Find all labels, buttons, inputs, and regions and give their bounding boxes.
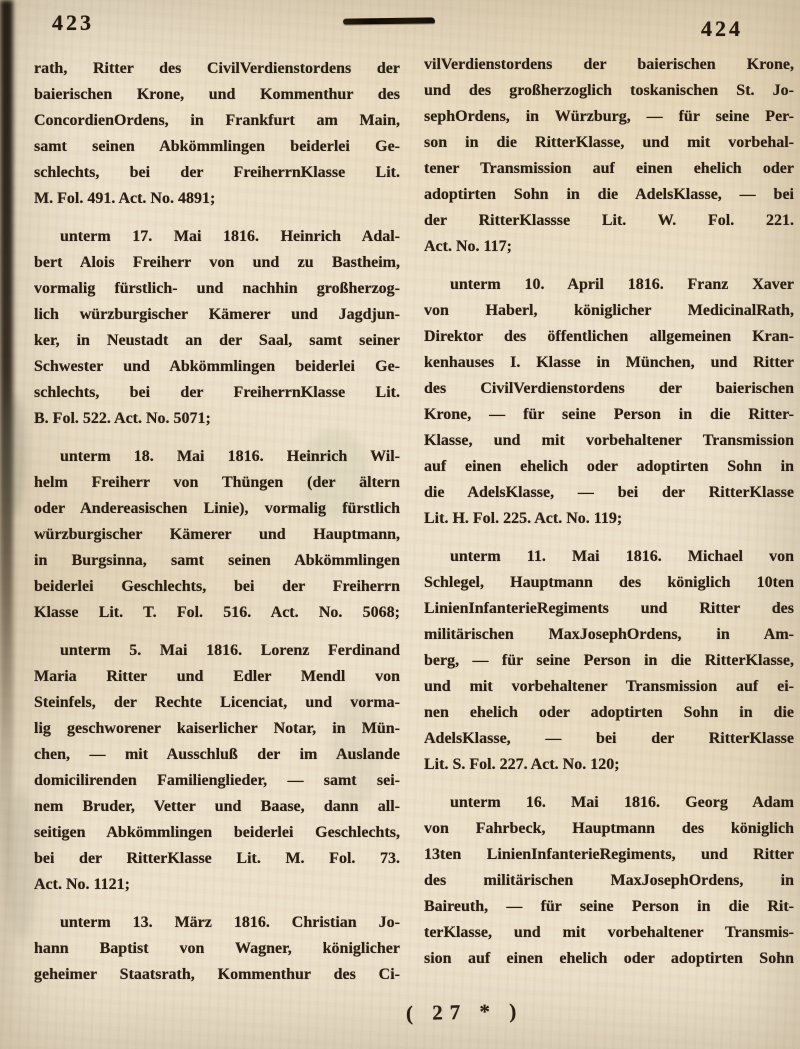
- text-line: schlechts, bei der FreiherrnKlasse Lit.: [34, 380, 400, 406]
- text-line: AdelsKlasse, — bei der RitterKlasse: [424, 726, 794, 752]
- text-line: vilVerdienstordens der baierischen Krone…: [424, 52, 794, 78]
- paragraph: vilVerdienstordens der baierischen Krone…: [424, 52, 794, 260]
- text-line: lig geschworener kaiserlicher Notar, in …: [34, 716, 400, 742]
- text-line: Steinfels, der Rechte Licenciat, und vor…: [34, 690, 400, 716]
- signature-mark: ( 27 * ): [406, 999, 524, 1026]
- text-line: Schlegel, Hauptmann des königlich 10ten: [424, 570, 794, 596]
- scanned-book-page: 423 424 rath, Ritter des CivilVerdiensto…: [0, 0, 800, 1049]
- text-line: chen, — mit Ausschluß der im Auslande: [34, 742, 400, 768]
- text-line: Lit. S. Fol. 227. Act. No. 120;: [424, 752, 794, 778]
- text-line: samt seinen Abkömmlingen beiderlei Ge-: [34, 134, 400, 160]
- text-line: von Haberl, königlicher MedicinalRath,: [424, 298, 794, 324]
- text-line: auf einen ehelich oder adoptirten Sohn i…: [424, 454, 794, 480]
- text-line: des CivilVerdienstordens der baierischen: [424, 376, 794, 402]
- paragraph: unterm 18. Mai 1816. Heinrich Wil-helm F…: [34, 444, 400, 626]
- text-line: seitigen Abkömmlingen beiderlei Geschlec…: [34, 820, 400, 846]
- text-line: der RitterKlassse Lit. W. Fol. 221.: [424, 208, 794, 234]
- text-line: domicilirenden Familienglieder, — samt s…: [34, 768, 400, 794]
- paragraph: unterm 10. April 1816. Franz Xavervon Ha…: [424, 272, 794, 532]
- text-line: und mit vorbehaltener Transmission auf e…: [424, 674, 794, 700]
- page-number-left: 423: [52, 10, 94, 36]
- text-line: Direktor des öffentlichen allgemeinen Kr…: [424, 324, 794, 350]
- text-line: Klasse, und mit vorbehaltener Transmissi…: [424, 428, 794, 454]
- text-line: Klasse Lit. T. Fol. 516. Act. No. 5068;: [34, 600, 400, 626]
- text-line: rath, Ritter des CivilVerdienstordens de…: [34, 56, 400, 82]
- text-line: von Fahrbeck, Hauptmann des königlich: [424, 816, 794, 842]
- text-line: ConcordienOrdens, in Frankfurt am Main,: [34, 108, 400, 134]
- text-line: lich würzburgischer Kämerer und Jagdjun-: [34, 302, 400, 328]
- text-line: M. Fol. 491. Act. No. 4891;: [34, 186, 400, 212]
- text-line: berg, — für seine Person in die RitterKl…: [424, 648, 794, 674]
- text-line: son in die RitterKlasse, und mit vorbeha…: [424, 130, 794, 156]
- text-line: helm Freiherr von Thüngen (der ältern: [34, 470, 400, 496]
- text-line: unterm 11. Mai 1816. Michael von: [424, 544, 794, 570]
- text-line: geheimer Staatsrath, Kommenthur des Ci-: [34, 962, 400, 988]
- text-line: und des großherzoglich toskanischen St. …: [424, 78, 794, 104]
- printer-rule-ornament: [343, 17, 435, 24]
- text-line: nen ehelich oder adoptirten Sohn in die: [424, 700, 794, 726]
- text-line: kenhauses I. Klasse in München, und Ritt…: [424, 350, 794, 376]
- text-line: 13ten LinienInfanterieRegiments, und Rit…: [424, 842, 794, 868]
- paragraph: unterm 13. März 1816. Christian Jo-hann …: [34, 910, 400, 988]
- text-line: in Burgsinna, samt seinen Abkömmlingen: [34, 548, 400, 574]
- text-line: LinienInfanterieRegiments und Ritter des: [424, 596, 794, 622]
- paragraph: rath, Ritter des CivilVerdienstordens de…: [34, 56, 400, 212]
- text-line: terKlasse, und mit vorbehaltener Transmi…: [424, 920, 794, 946]
- paragraph: unterm 16. Mai 1816. Georg Adamvon Fahrb…: [424, 790, 794, 972]
- text-line: des militärischen MaxJosephOrdens, in: [424, 868, 794, 894]
- text-line: beiderlei Geschlechts, bei der Freiherrn: [34, 574, 400, 600]
- paragraph: unterm 11. Mai 1816. Michael vonSchlegel…: [424, 544, 794, 778]
- paragraph: unterm 17. Mai 1816. Heinrich Adal-bert …: [34, 224, 400, 432]
- right-text-column: vilVerdienstordens der baierischen Krone…: [424, 52, 794, 972]
- text-line: vormalig fürstlich- und nachhin großherz…: [34, 276, 400, 302]
- paragraph: unterm 5. Mai 1816. Lorenz FerdinandMari…: [34, 638, 400, 898]
- text-line: tener Transmission auf einen ehelich ode…: [424, 156, 794, 182]
- page-number-right: 424: [701, 16, 743, 42]
- text-line: Lit. H. Fol. 225. Act. No. 119;: [424, 506, 794, 532]
- text-line: adoptirten Sohn in die AdelsKlasse, — be…: [424, 182, 794, 208]
- text-line: unterm 10. April 1816. Franz Xaver: [424, 272, 794, 298]
- text-line: hann Baptist von Wagner, königlicher: [34, 936, 400, 962]
- text-line: Baireuth, — für seine Person in die Rit-: [424, 894, 794, 920]
- text-line: Act. No. 117;: [424, 234, 794, 260]
- book-gutter-shadow: [0, 0, 13, 1049]
- text-line: die AdelsKlasse, — bei der RitterKlasse: [424, 480, 794, 506]
- text-line: baierischen Krone, und Kommenthur des: [34, 82, 400, 108]
- text-line: unterm 16. Mai 1816. Georg Adam: [424, 790, 794, 816]
- text-line: Act. No. 1121;: [34, 872, 400, 898]
- text-line: militärischen MaxJosephOrdens, in Am-: [424, 622, 794, 648]
- text-line: Schwester und Abkömmlingen beiderlei Ge-: [34, 354, 400, 380]
- text-line: schlechts, bei der FreiherrnKlasse Lit.: [34, 160, 400, 186]
- text-line: würzburgischer Kämerer und Hauptmann,: [34, 522, 400, 548]
- text-line: unterm 17. Mai 1816. Heinrich Adal-: [34, 224, 400, 250]
- text-line: sion auf einen ehelich oder adoptirten S…: [424, 946, 794, 972]
- text-line: Krone, — für seine Person in die Ritter-: [424, 402, 794, 428]
- text-line: unterm 13. März 1816. Christian Jo-: [34, 910, 400, 936]
- text-line: unterm 5. Mai 1816. Lorenz Ferdinand: [34, 638, 400, 664]
- text-line: ker, in Neustadt an der Saal, samt seine…: [34, 328, 400, 354]
- text-line: unterm 18. Mai 1816. Heinrich Wil-: [34, 444, 400, 470]
- left-text-column: rath, Ritter des CivilVerdienstordens de…: [34, 56, 400, 988]
- text-line: nem Bruder, Vetter und Baase, dann all-: [34, 794, 400, 820]
- text-line: sephOrdens, in Würzburg, — für seine Per…: [424, 104, 794, 130]
- text-line: B. Fol. 522. Act. No. 5071;: [34, 406, 400, 432]
- text-line: Maria Ritter und Edler Mendl von: [34, 664, 400, 690]
- text-line: oder Andereasischen Linie), vormalig für…: [34, 496, 400, 522]
- text-line: bei der RitterKlasse Lit. M. Fol. 73.: [34, 846, 400, 872]
- text-line: bert Alois Freiherr von und zu Bastheim,: [34, 250, 400, 276]
